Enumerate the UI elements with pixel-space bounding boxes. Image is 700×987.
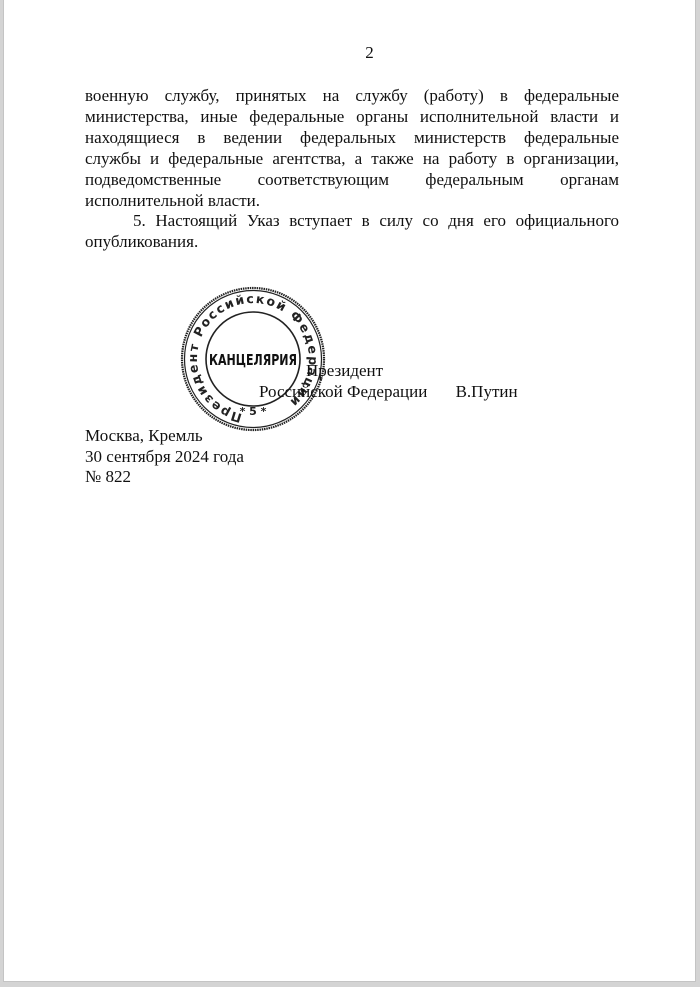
signature-title-line-2: Российской Федерации — [259, 382, 427, 401]
paragraph-5: 5. Настоящий Указ вступает в силу со дня… — [85, 211, 619, 253]
signature-title-line-1: Президент — [259, 360, 518, 381]
document-page: 2 военную службу, принятых на службу (ра… — [3, 0, 696, 982]
signature-block: Президент Российской Федерации В.Путин — [259, 360, 518, 402]
page-number: 2 — [24, 43, 700, 63]
text-line: подведомственные соответствующим федерал… — [85, 170, 619, 191]
issue-date: 30 сентября 2024 года — [85, 447, 244, 468]
text-line: опубликования. — [85, 232, 619, 253]
paragraph-continuation: военную службу, принятых на службу (рабо… — [85, 86, 619, 211]
stamp-bottom-text: * 5 * — [240, 405, 267, 418]
issue-place: Москва, Кремль — [85, 426, 244, 447]
official-seal-stamp: Президент Российской Федерации КАНЦЕЛЯРИ… — [178, 285, 328, 433]
decree-number: № 822 — [85, 467, 244, 488]
text-line: службы и федеральные агентства, а также … — [85, 149, 619, 170]
text-line: находящиеся в ведении федеральных минист… — [85, 128, 619, 149]
signatory-name: В.Путин — [456, 382, 518, 401]
document-body: военную службу, принятых на службу (рабо… — [85, 86, 619, 253]
text-line: 5. Настоящий Указ вступает в силу со дня… — [85, 211, 619, 232]
text-line: министерства, иные федеральные органы ис… — [85, 107, 619, 128]
document-footer: Москва, Кремль 30 сентября 2024 года № 8… — [85, 426, 244, 488]
text-line: исполнительной власти. — [85, 191, 619, 212]
text-line: военную службу, принятых на службу (рабо… — [85, 86, 619, 107]
